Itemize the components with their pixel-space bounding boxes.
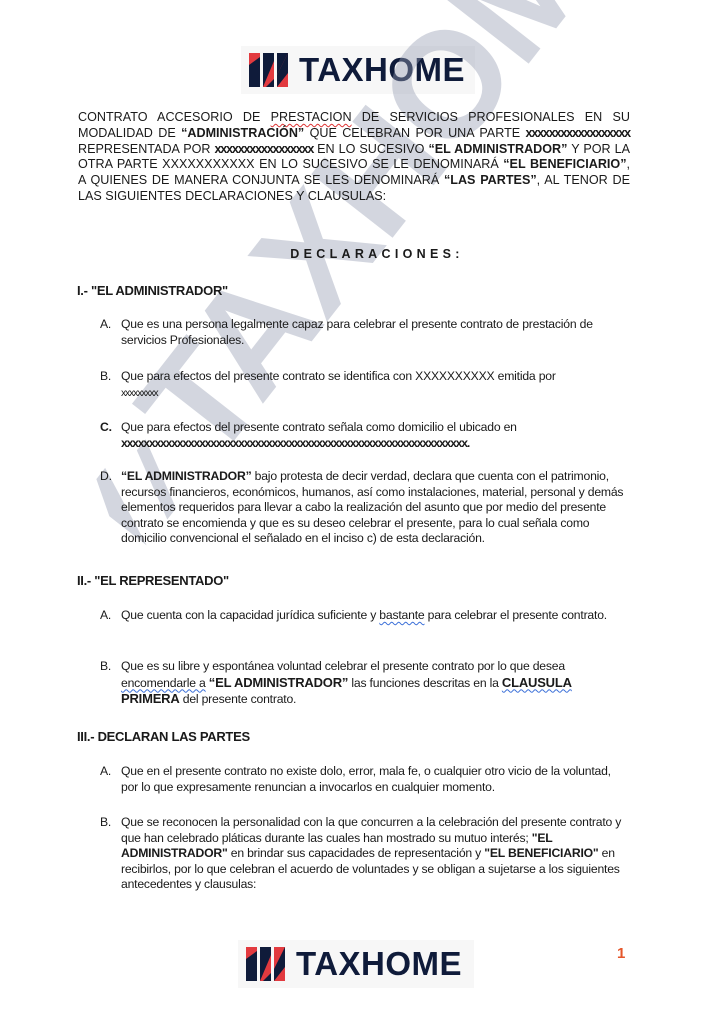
list-item: B. Que para efectos del presente contrat… (100, 369, 630, 401)
grammar-flagged-word[interactable]: CLAUSULA (502, 675, 572, 690)
grammar-flagged-phrase[interactable]: encomendarle a (121, 676, 206, 690)
header-logo: TAXHOME (241, 46, 475, 94)
taxhome-logo-mark-icon (249, 53, 289, 87)
list-item: A. Que es una persona legalmente capaz p… (100, 317, 630, 348)
contract-intro-paragraph: CONTRATO ACCESORIO DE PRESTACION DE SERV… (78, 110, 630, 205)
list-item: B. Que es su libre y espontánea voluntad… (100, 659, 630, 708)
list-item: C. Que para efectos del presente contrat… (100, 420, 630, 451)
list-item: B. Que se reconocen la personalidad con … (100, 815, 630, 893)
declaraciones-heading: DECLARACIONES: (0, 247, 724, 261)
logo-wordmark: TAXHOME (299, 51, 465, 89)
page-number: 1 (617, 945, 625, 962)
list-item: A. Que cuenta con la capacidad jurídica … (100, 608, 630, 624)
list-item: A. Que en el presente contrato no existe… (100, 764, 630, 795)
footer-logo: TAXHOME (238, 940, 474, 988)
section-title-declaran-las-partes: III.- DECLARAN LAS PARTES (77, 729, 250, 744)
logo-wordmark: TAXHOME (296, 945, 462, 983)
spellcheck-flagged-word[interactable]: PRESTACION (271, 110, 352, 124)
document-page: TAXHOME TAXHOME CONTRATO ACCESORIO DE PR… (0, 0, 724, 1024)
section-title-representado: II.- "EL REPRESENTADO" (77, 573, 229, 588)
section-title-administrador: I.- "EL ADMINISTRADOR" (77, 283, 228, 298)
grammar-flagged-word[interactable]: bastante (379, 608, 424, 622)
taxhome-logo-mark-icon (246, 947, 286, 981)
list-item: D. “EL ADMINISTRADOR” bajo protesta de d… (100, 469, 630, 547)
